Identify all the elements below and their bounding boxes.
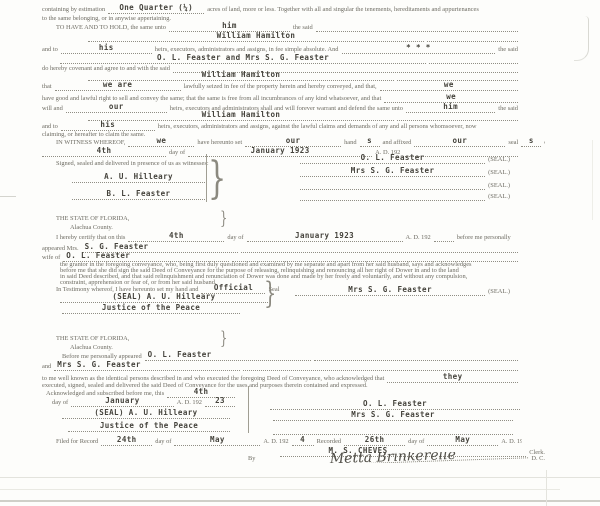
typed-entry: (SEAL) A. U. Hilleary xyxy=(62,409,230,419)
typed-entry: Mrs S. G. Feaster xyxy=(300,167,485,177)
dotted-rule xyxy=(243,363,518,371)
form-line: William Hamilton xyxy=(88,31,518,42)
brace-icon: } xyxy=(264,279,276,309)
typed-entry: s xyxy=(521,137,541,147)
form-printed-text: day of xyxy=(227,235,243,242)
form-printed-text: and xyxy=(42,364,51,371)
form-line: B. L. Feaster xyxy=(72,189,205,200)
form-printed-text: wife of xyxy=(42,255,60,262)
scan-artifact-line xyxy=(0,196,16,197)
form-printed-text: lawfully seized in fee of the property h… xyxy=(184,84,377,91)
typed-entry: May xyxy=(174,436,260,446)
typed-entry: January 1923 xyxy=(247,232,403,242)
scanned-deed-page: containing by estimationOne Quarter (¼)a… xyxy=(0,0,600,506)
typed-entry: January xyxy=(71,397,174,407)
form-line: thatwe arelawfully seized in fee of the … xyxy=(42,80,518,91)
scan-artifact-line xyxy=(546,470,547,506)
form-printed-text: acres of land, more or less. Together wi… xyxy=(207,7,479,14)
dotted-rule xyxy=(300,193,485,201)
form-line: Mrs S. G. Feaster(SEAL.) xyxy=(295,285,510,296)
form-printed-text: Filed for Record xyxy=(56,439,98,446)
brace-icon: } xyxy=(220,330,227,348)
typed-entry: May xyxy=(427,436,498,446)
typed-entry: Justice of the Peace xyxy=(62,304,240,314)
form-line: I hereby certify that on this4thday ofJa… xyxy=(56,231,518,242)
form-printed-text: A. D. 192 xyxy=(177,400,202,407)
typed-entry: Justice of the Peace xyxy=(68,422,230,432)
dotted-rule xyxy=(434,234,454,242)
typed-entry: O. L. Feaster xyxy=(270,400,520,410)
form-line: andMrs S. G. Feaster xyxy=(42,360,518,371)
form-printed-text: (SEAL.) xyxy=(488,170,510,177)
form-line: (SEAL.) xyxy=(300,179,510,190)
handwritten-signature: Metta Brinkerelle xyxy=(258,452,528,463)
typed-entry: 4th xyxy=(42,147,166,157)
typed-entry: B. L. Feaster xyxy=(72,190,205,200)
column-divider-line xyxy=(248,386,249,433)
typed-entry: they xyxy=(387,373,518,383)
scan-artifact-line xyxy=(592,140,593,220)
form-line: A. U. Hilleary xyxy=(72,172,205,183)
brace-icon: } xyxy=(220,210,227,228)
form-printed-text: day of xyxy=(155,439,171,446)
form-printed-text: D. C. xyxy=(531,456,545,463)
form-printed-text: Recorded xyxy=(317,439,342,446)
scan-artifact-line xyxy=(0,477,600,478)
form-printed-text: I hereby certify that on this xyxy=(56,235,125,242)
form-printed-text: before me personally xyxy=(457,235,511,242)
form-line xyxy=(273,424,513,435)
form-printed-text: will and xyxy=(42,106,63,113)
typed-entry: (SEAL) A. U. Hilleary xyxy=(60,293,268,303)
form-line: Mrs S. G. Feaster(SEAL.) xyxy=(300,166,510,177)
form-printed-text: (SEAL.) xyxy=(488,289,510,296)
typed-entry: 24th xyxy=(101,436,152,446)
dotted-rule xyxy=(300,182,485,190)
form-printed-text: day of xyxy=(52,400,68,407)
typed-entry: Mrs S. G. Feaster xyxy=(54,361,240,371)
form-line: Filed for Record24thday ofMayA. D. 1924R… xyxy=(56,435,522,446)
typed-entry: we xyxy=(380,81,518,91)
form-printed-text: and to xyxy=(42,47,58,54)
form-line: Justice of the Peace xyxy=(68,421,230,432)
brace-icon: } xyxy=(208,157,226,201)
scan-artifact-line xyxy=(0,500,600,502)
form-printed-text: on this xyxy=(544,140,545,147)
form-line: (SEAL) A. U. Hilleary xyxy=(62,408,230,419)
dotted-rule xyxy=(427,34,518,42)
typed-entry: we are xyxy=(55,81,181,91)
typed-entry: 23 xyxy=(205,397,235,407)
form-line: (SEAL) A. U. Hilleary xyxy=(60,292,268,303)
form-line: Mrs S. G. Feaster xyxy=(273,410,513,421)
form-printed-text: day of xyxy=(169,150,185,157)
form-line: O. L. Feaster xyxy=(270,399,520,410)
form-line: (SEAL.) xyxy=(300,190,510,201)
form-line: day ofJanuaryA. D. 19223 xyxy=(52,396,235,407)
typed-entry: Mrs S. G. Feaster xyxy=(273,411,513,421)
form-printed-text: A. D. 192 xyxy=(501,439,522,446)
form-printed-text: By xyxy=(248,456,255,463)
form-printed-text: that xyxy=(42,84,52,91)
typed-entry: O. L. Feaster xyxy=(300,154,485,164)
form-line: Justice of the Peace xyxy=(62,303,240,314)
form-line: ByMetta BrinkerelleD. C. xyxy=(248,452,545,463)
form-printed-text: Signed, sealed and delivered in presence… xyxy=(56,161,209,168)
typed-entry: Mrs S. G. Feaster xyxy=(295,286,485,296)
form-printed-text: (SEAL.) xyxy=(488,194,510,201)
form-printed-text: (SEAL.) xyxy=(488,157,510,164)
form-printed-text: A. D. 192 xyxy=(263,439,288,446)
form-printed-text: heirs, executors, administrators and ass… xyxy=(158,124,477,131)
typed-entry: 4th xyxy=(128,232,224,242)
dotted-rule xyxy=(273,427,513,435)
typed-entry: William Hamilton xyxy=(88,32,424,42)
typed-entry: A. U. Hilleary xyxy=(72,173,205,183)
scan-edge-artifact xyxy=(574,16,589,61)
form-line: O. L. Feaster(SEAL.) xyxy=(300,153,510,164)
form-printed-text: A. D. 192 xyxy=(406,235,431,242)
typed-entry: 26th xyxy=(344,436,405,446)
form-printed-text: day of xyxy=(408,439,424,446)
typed-entry: 4 xyxy=(292,436,314,446)
form-line: Signed, sealed and delivered in presence… xyxy=(56,157,209,168)
form-printed-text: (SEAL.) xyxy=(488,183,510,190)
scan-artifact-line xyxy=(0,489,560,490)
column-divider-line xyxy=(206,154,207,202)
